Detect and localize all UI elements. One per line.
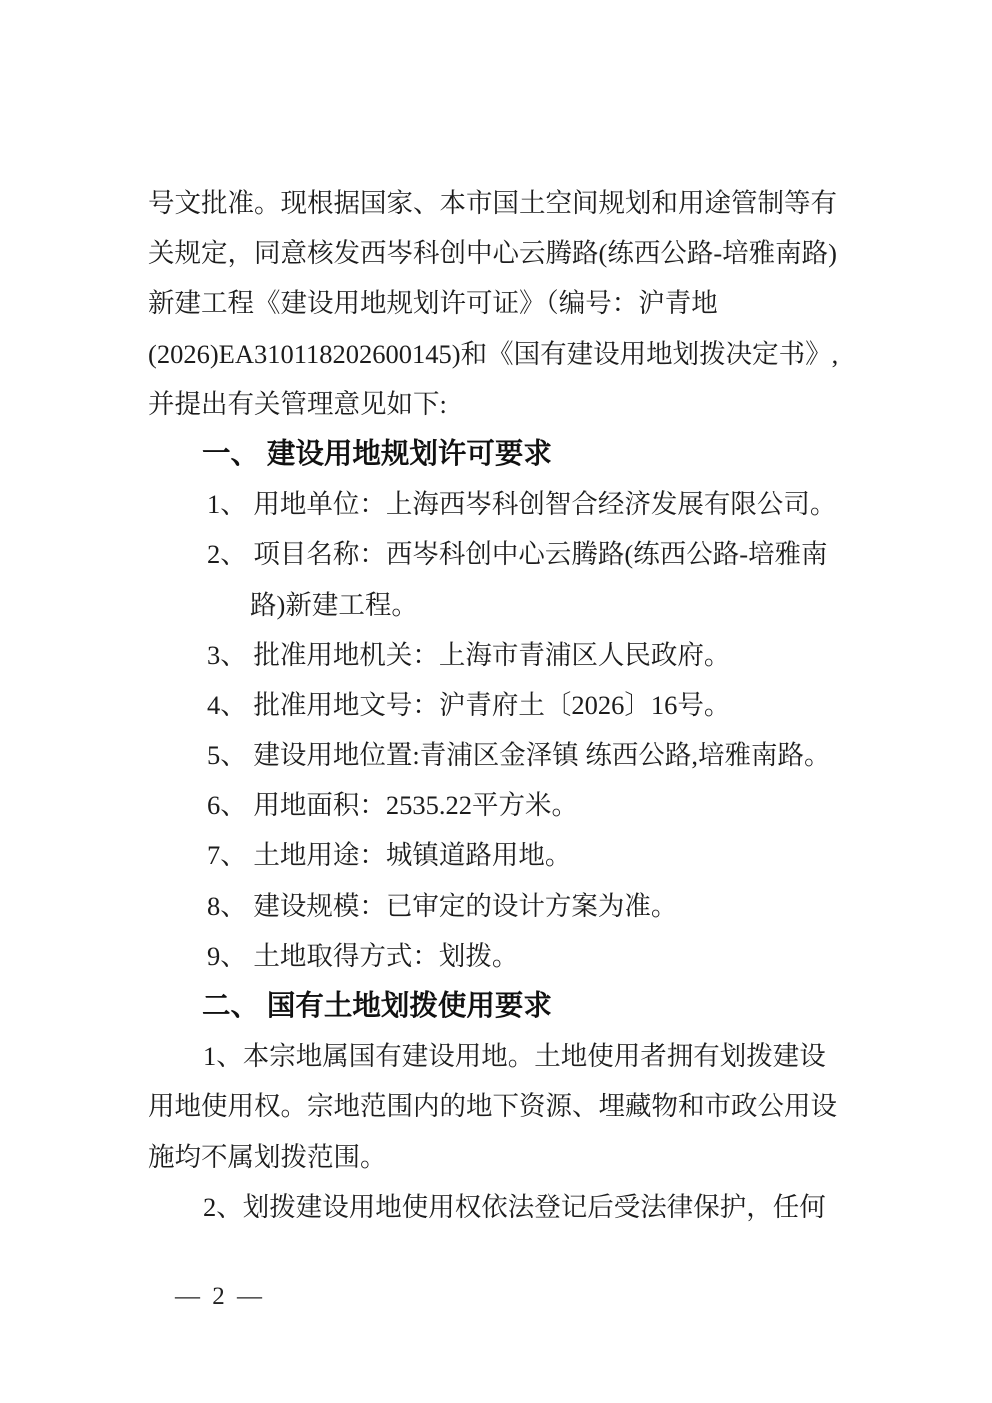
- document-page: 号文批准。现根据国家、本市国土空间规划和用途管制等有 关规定，同意核发西岑科创中…: [0, 0, 992, 1403]
- section-one-item-5: 5、 建设用地位置:青浦区金泽镇 练西公路,培雅南路。: [148, 730, 848, 780]
- intro-line: 并提出有关管理意见如下:: [148, 379, 848, 429]
- section-one-item-4: 4、 批准用地文号：沪青府土〔2026〕16号。: [148, 680, 848, 730]
- section-one-item-2: 2、 项目名称：西岑科创中心云腾路(练西公路-培雅南: [148, 529, 848, 579]
- section-one-item-3: 3、 批准用地机关：上海市青浦区人民政府。: [148, 630, 848, 680]
- section-two-paragraph-1-continuation: 施均不属划拨范围。: [148, 1132, 848, 1182]
- section-one-item-1: 1、 用地单位：上海西岑科创智合经济发展有限公司。: [148, 479, 848, 529]
- section-one-item-2-continuation: 路)新建工程。: [148, 580, 848, 630]
- section-two-paragraph-1: 1、本宗地属国有建设用地。土地使用者拥有划拨建设: [148, 1031, 848, 1081]
- document-body: 号文批准。现根据国家、本市国土空间规划和用途管制等有 关规定，同意核发西岑科创中…: [148, 178, 848, 1232]
- section-one-item-7: 7、 土地用途：城镇道路用地。: [148, 830, 848, 880]
- section-one-item-6: 6、 用地面积：2535.22平方米。: [148, 780, 848, 830]
- section-two-paragraph-1-continuation: 用地使用权。宗地范围内的地下资源、埋藏物和市政公用设: [148, 1081, 848, 1131]
- section-one-heading: 一、 建设用地规划许可要求: [148, 429, 848, 479]
- section-one-item-9: 9、 土地取得方式：划拨。: [148, 931, 848, 981]
- intro-line: 新建工程《建设用地规划许可证》（编号：沪青地: [148, 278, 848, 328]
- intro-line: 关规定，同意核发西岑科创中心云腾路(练西公路-培雅南路): [148, 228, 848, 278]
- section-one-item-8: 8、 建设规模：已审定的设计方案为准。: [148, 881, 848, 931]
- intro-line: (2026)EA310118202600145)和《国有建设用地划拨决定书》,: [148, 329, 848, 379]
- intro-line: 号文批准。现根据国家、本市国土空间规划和用途管制等有: [148, 178, 848, 228]
- section-two-paragraph-2: 2、划拨建设用地使用权依法登记后受法律保护，任何: [148, 1182, 848, 1232]
- section-two-heading: 二、 国有土地划拨使用要求: [148, 981, 848, 1031]
- page-number: — 2 —: [175, 1282, 265, 1312]
